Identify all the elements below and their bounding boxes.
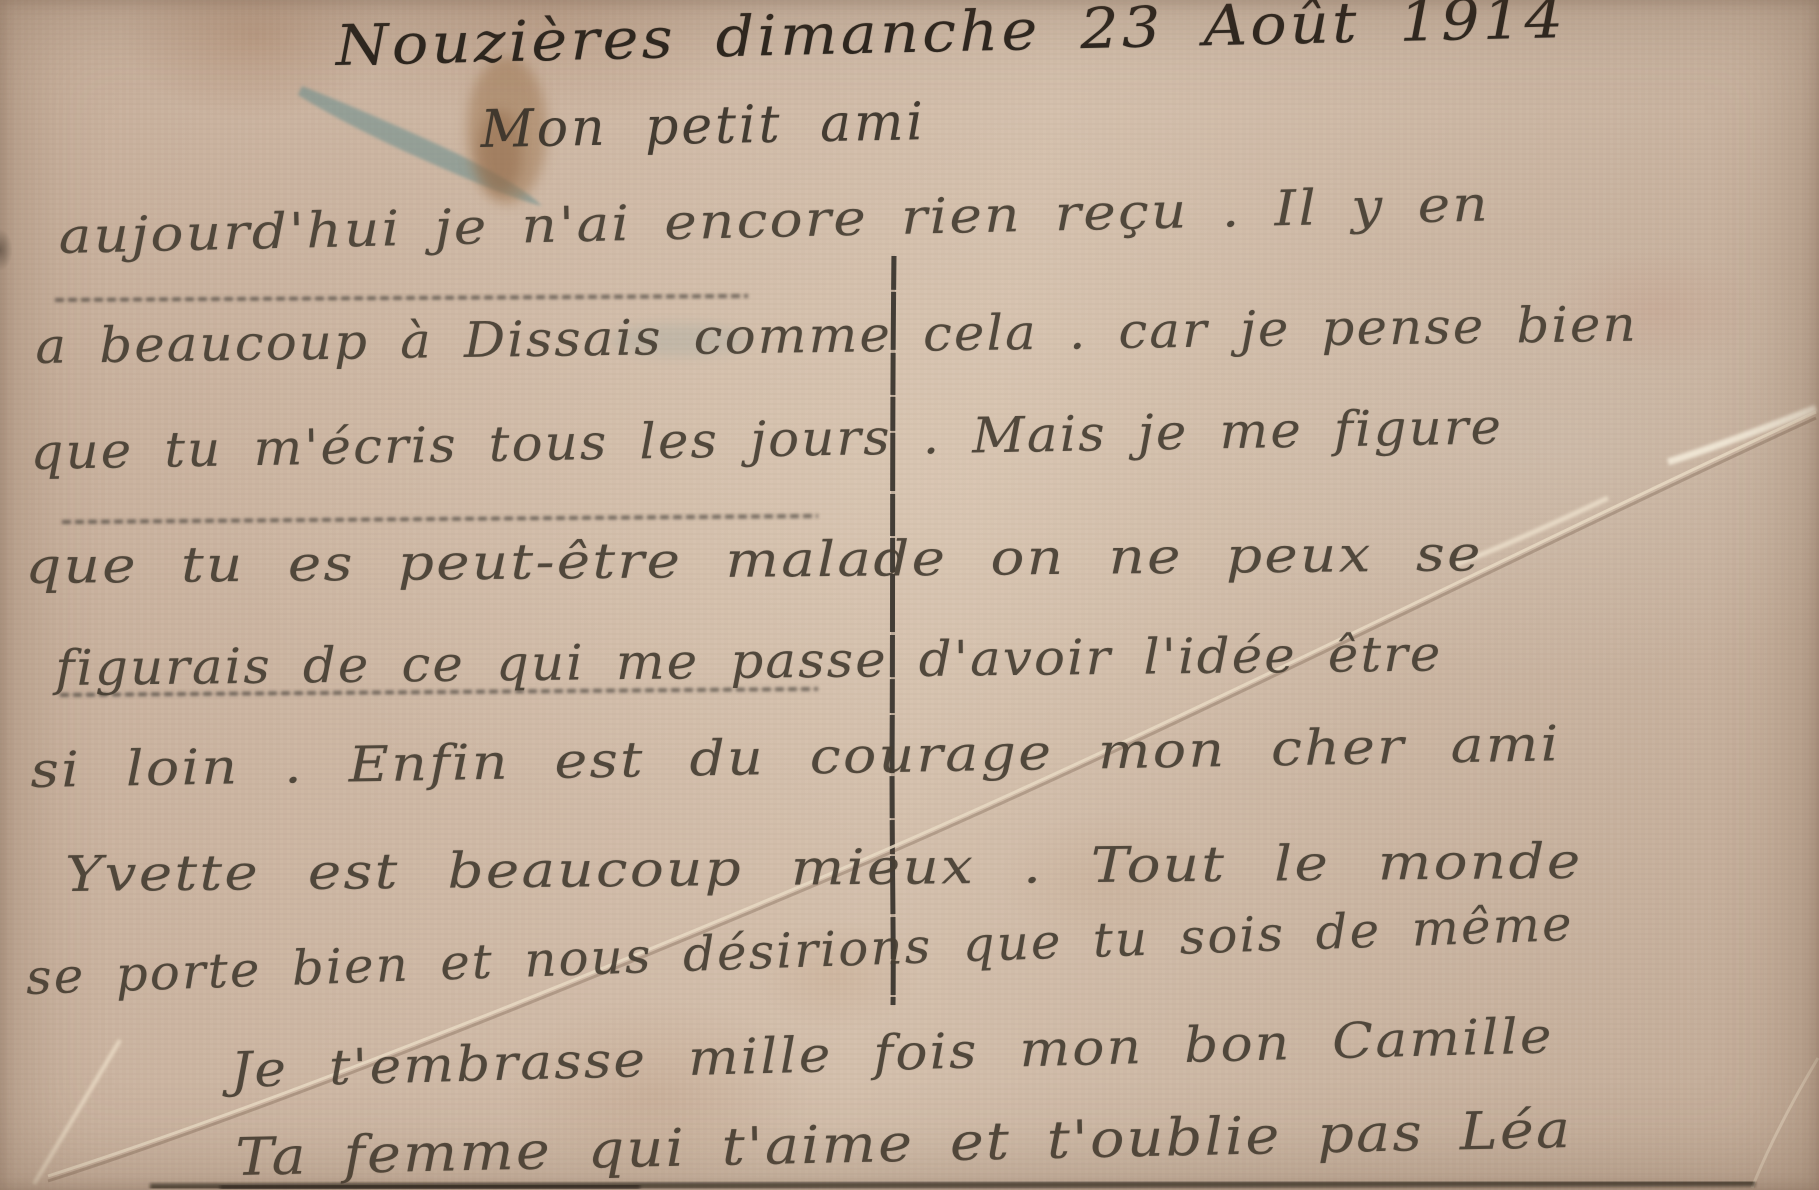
postcard: Nouzières dimanche 23 Août 1914 Mon peti…	[0, 0, 1819, 1190]
edge-vignette	[0, 0, 1819, 1190]
